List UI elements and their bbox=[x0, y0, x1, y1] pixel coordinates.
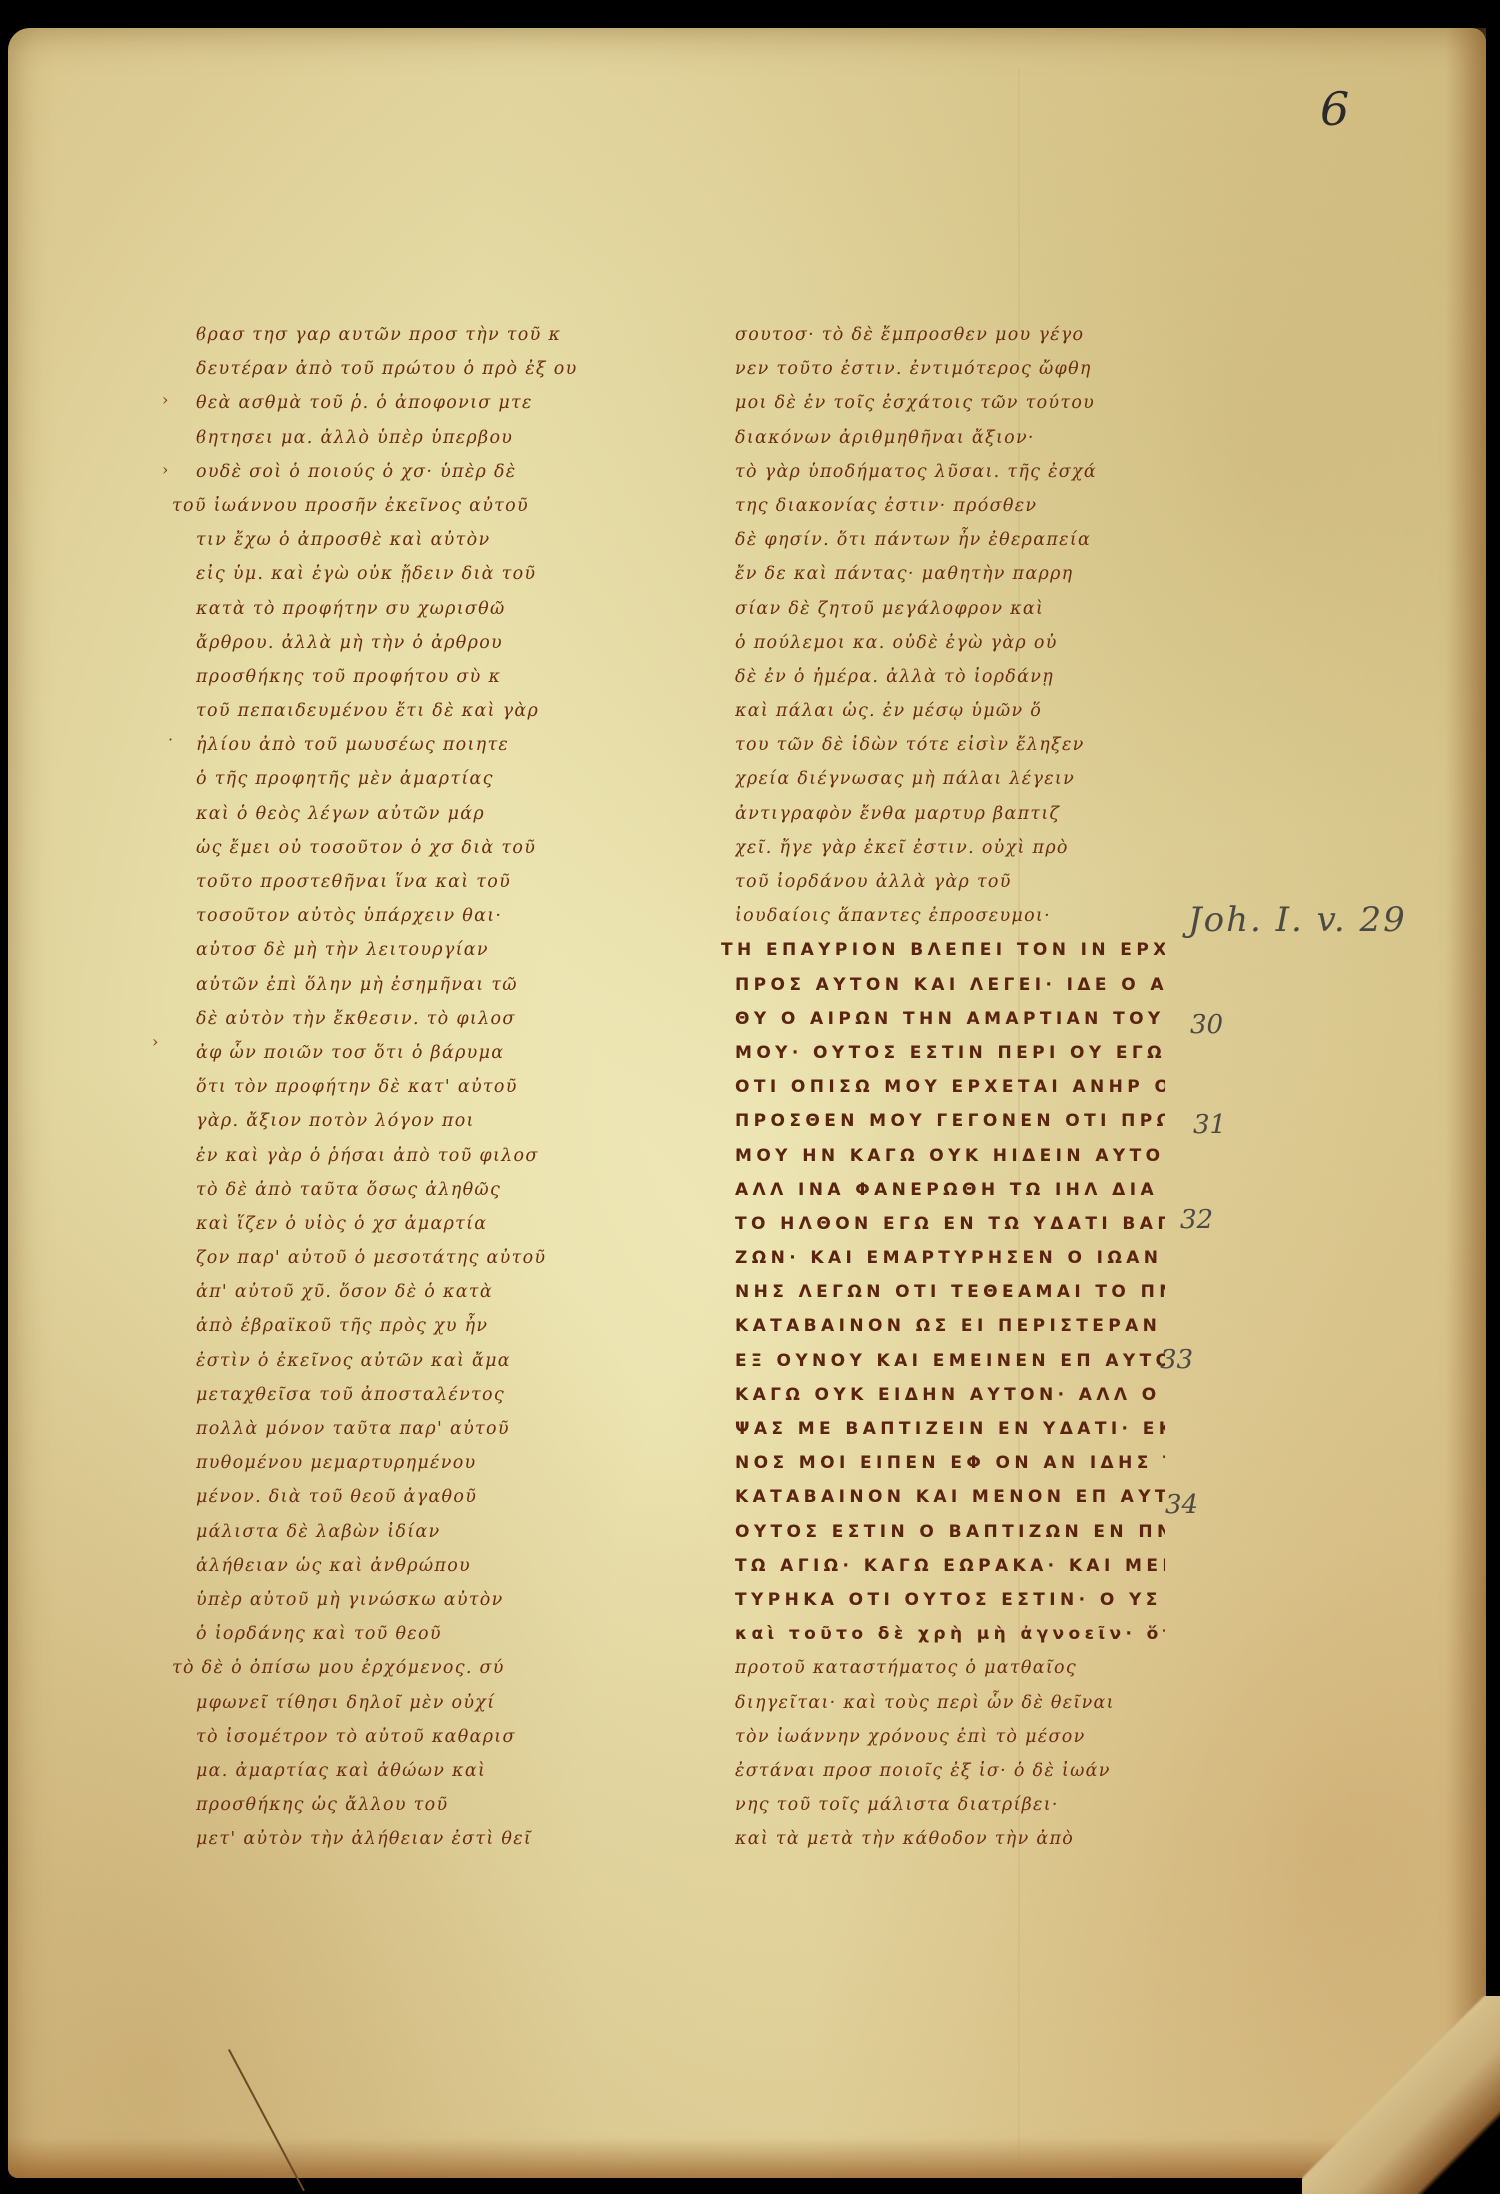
margin-verse-30: 30 bbox=[1190, 1010, 1223, 1040]
text-line: ϐητησει μα. ἀλλὸ ὑπὲρ ὑπερβου bbox=[196, 421, 626, 455]
margin-verse-33: 33 bbox=[1160, 1345, 1193, 1375]
text-line: καὶ τοῦτο δὲ χρὴ μὴ ἀγνοεῖν· ὅτι παρὰ bbox=[735, 1617, 1165, 1651]
text-line: ΟΤΙ ΟΠΙΣΩ ΜΟΥ ΕΡΧΕΤΑΙ ΑΝΗΡ ΟΣ ΕΜ bbox=[735, 1070, 1165, 1104]
text-line: τοῦ πεπαιδευμένου ἔτι δὲ καὶ γὰρ bbox=[196, 694, 626, 728]
text-line: χρεία διέγνωσας μὴ πάλαι λέγειν bbox=[735, 762, 1165, 796]
text-line: δευτέραν ἀπὸ τοῦ πρώτου ὁ πρὸ ἐξ ου bbox=[196, 352, 626, 386]
text-line: μοι δὲ ἐν τοῖς ἐσχάτοις τῶν τούτου bbox=[735, 386, 1165, 420]
text-line: ἰουδαίοις ἅπαντες ἐπροσευμοι· bbox=[735, 899, 1165, 933]
bottom-edge-stain bbox=[8, 2138, 1486, 2178]
text-line: τὸ ἰσομέτρον τὸ αὐτοῦ καθαρισ bbox=[196, 1720, 626, 1754]
text-line: ΟΥΤΟΣ ΕΣΤΙΝ Ο ΒΑΠΤΙΖΩΝ ΕΝ ΠΝΙ bbox=[735, 1515, 1165, 1549]
text-line: ΠΡΟΣΘΕΝ ΜΟΥ ΓΕΓΟΝΕΝ ΟΤΙ ΠΡΩΤΟΣ bbox=[735, 1104, 1165, 1138]
text-line: τοῦ ἰορδάνου ἀλλὰ γὰρ τοῦ bbox=[735, 865, 1165, 899]
margin-tick-mark: › bbox=[162, 460, 168, 479]
margin-tick-mark: · bbox=[168, 730, 173, 749]
text-line: δὲ αὐτὸν τὴν ἔκθεσιν. τὸ φιλοσ bbox=[196, 1002, 626, 1036]
text-line: τοῦ ἰωάννου προσῆν ἐκεῖνος αὐτοῦ bbox=[172, 489, 626, 523]
text-line: ΝΟΣ ΜΟΙ ΕΙΠΕΝ ΕΦ ΟΝ ΑΝ ΙΔΗΣ ΤΟ ΠΝΑ bbox=[735, 1446, 1165, 1480]
text-line: ΨΑΣ ΜΕ ΒΑΠΤΙΖΕΙΝ ΕΝ ΥΔΑΤΙ· ΕΚΕΙ bbox=[735, 1412, 1165, 1446]
text-line: ἀφ ὧν ποιῶν τοσ ὅτι ὁ βάρυμα bbox=[196, 1036, 626, 1070]
text-line: σίαν δὲ ζητοῦ μεγάλοφρον καὶ bbox=[735, 592, 1165, 626]
text-line: μφωνεῖ τίθησι δηλοῖ μὲν οὐχί bbox=[196, 1686, 626, 1720]
right-text-column: σουτοσ· τὸ δὲ ἔμπροσθεν μου γέγονεν τοῦτ… bbox=[735, 318, 1165, 1856]
text-line: ΚΑΤΑΒΑΙΝΟΝ ΩΣ ΕΙ ΠΕΡΙΣΤΕΡΑΝ bbox=[735, 1309, 1165, 1343]
text-line: μα. ἀμαρτίας καὶ ἀθώων καὶ bbox=[196, 1754, 626, 1788]
text-line: ουδὲ σοὶ ὁ ποιούς ὁ χσ· ὑπὲρ δὲ bbox=[196, 455, 626, 489]
text-line: εἰς ὑμ. καὶ ἐγὼ οὐκ ᾔδειν διὰ τοῦ bbox=[196, 557, 626, 591]
text-line: διακόνων ἀριθμηθῆναι ἄξιον· bbox=[735, 421, 1165, 455]
text-line: ΤΥΡΗΚΑ ΟΤΙ ΟΥΤΟΣ ΕΣΤΙΝ· Ο ΥΣ ΤΟΥ ΘΥ: bbox=[735, 1583, 1165, 1617]
text-line: του τῶν δὲ ἰδὼν τότε εἰσὶν ἔληξεν bbox=[735, 728, 1165, 762]
text-line: ἐστάναι προσ ποιοῖς ἐξ ἰσ· ὁ δὲ ἰωάν bbox=[735, 1754, 1165, 1788]
text-line: ΚΑΓΩ ΟΥΚ ΕΙΔΗΝ ΑΥΤΟΝ· ΑΛΛ Ο ΠΕΜ bbox=[735, 1378, 1165, 1412]
text-line: θεὰ ασθμὰ τοῦ ῥ. ὁ ἀποφονισ μτε bbox=[196, 386, 626, 420]
text-line: ΖΩΝ· ΚΑΙ ΕΜΑΡΤΥΡΗΣΕΝ Ο ΙΩΑΝ bbox=[735, 1241, 1165, 1275]
text-line: ὁ ἰορδάνης καὶ τοῦ θεοῦ bbox=[196, 1617, 626, 1651]
text-line: τιν ἔχω ὁ ἀπροσθὲ καὶ αὐτὸν bbox=[196, 523, 626, 557]
margin-verse-31: 31 bbox=[1193, 1110, 1226, 1140]
text-line: προσθήκης ὡς ἄλλου τοῦ bbox=[196, 1788, 626, 1822]
text-line: ΘΥ Ο ΑΙΡΩΝ ΤΗΝ ΑΜΑΡΤΙΑΝ ΤΟΥ ΚΟΣ bbox=[735, 1002, 1165, 1036]
left-commentary-column: ϐρασ τησ γαρ αυτῶν προσ τὴν τοῦ κδευτέρα… bbox=[196, 318, 626, 1856]
text-line: ΤΩ ΑΓΙΩ· ΚΑΓΩ ΕΩΡΑΚΑ· ΚΑΙ ΜΕΜΑΡ bbox=[735, 1549, 1165, 1583]
text-line: μεταχθεῖσα τοῦ ἀποσταλέντος bbox=[196, 1378, 626, 1412]
text-line: ἀπ' αὐτοῦ χῦ. ὅσον δὲ ὁ κατὰ bbox=[196, 1275, 626, 1309]
text-line: ὁ πούλεμοι κα. οὐδὲ ἐγὼ γὰρ οὐ bbox=[735, 626, 1165, 660]
text-line: γὰρ. ἄξιον ποτὸν λόγον ποι bbox=[196, 1104, 626, 1138]
text-line: μετ' αὐτὸν τὴν ἀλήθειαν ἐστὶ θεῖ bbox=[196, 1822, 626, 1856]
text-line: αὐτοσ δὲ μὴ τὴν λειτουργίαν bbox=[196, 933, 626, 967]
folded-corner bbox=[1302, 1996, 1500, 2194]
text-line: μάλιστα δὲ λαβὼν ἰδίαν bbox=[196, 1515, 626, 1549]
text-line: ζον παρ' αὐτοῦ ὁ μεσοτάτης αὐτοῦ bbox=[196, 1241, 626, 1275]
right-edge-stain bbox=[1446, 28, 1486, 2178]
text-line: ὁ τῆς προφητῆς μὲν ἀμαρτίας bbox=[196, 762, 626, 796]
text-line: ΚΑΤΑΒΑΙΝΟΝ ΚΑΙ ΜΕΝΟΝ ΕΠ ΑΥΤΟ bbox=[735, 1480, 1165, 1514]
text-line: της διακονίας ἐστιν· πρόσθεν bbox=[735, 489, 1165, 523]
text-line: τὸ γὰρ ὑποδήματος λῦσαι. τῆς ἐσχά bbox=[735, 455, 1165, 489]
margin-tick-mark: › bbox=[152, 1032, 158, 1051]
text-line: μένον. διὰ τοῦ θεοῦ ἀγαθοῦ bbox=[196, 1480, 626, 1514]
text-line: καὶ ὁ θεὸς λέγων αὐτῶν μάρ bbox=[196, 797, 626, 831]
margin-tick-mark: › bbox=[162, 390, 168, 409]
text-line: νεν τοῦτο ἐστιν. ἐντιμότερος ὤφθη bbox=[735, 352, 1165, 386]
text-line: τὸν ἰωάννην χρόνους ἐπὶ τὸ μέσον bbox=[735, 1720, 1165, 1754]
text-line: ΜΟΥ ΗΝ ΚΑΓΩ ΟΥΚ ΗΙΔΕΙΝ ΑΥΤΟΝ· bbox=[735, 1139, 1165, 1173]
text-line: ϐρασ τησ γαρ αυτῶν προσ τὴν τοῦ κ bbox=[196, 318, 626, 352]
text-line: ἐστὶν ὁ ἐκεῖνος αὐτῶν καὶ ἄμα bbox=[196, 1344, 626, 1378]
text-line: ΤΟ ΗΛΘΟΝ ΕΓΩ ΕΝ ΤΩ ΥΔΑΤΙ ΒΑΠΤΙ bbox=[735, 1207, 1165, 1241]
text-line: χεῖ. ἤγε γὰρ ἐκεῖ ἐστιν. οὐχὶ πρὸ bbox=[735, 831, 1165, 865]
text-line: προσθήκης τοῦ προφήτου σὺ κ bbox=[196, 660, 626, 694]
margin-reference-john-1-29: Joh. I. v. 29 bbox=[1188, 900, 1407, 940]
text-line: ἠλίου ἀπὸ τοῦ μωυσέως ποιητε bbox=[196, 728, 626, 762]
text-line: καὶ πάλαι ὡς. ἐν μέσῳ ὑμῶν ὅ bbox=[735, 694, 1165, 728]
text-line: τοῦτο προστεθῆναι ἵνα καὶ τοῦ bbox=[196, 865, 626, 899]
text-line: ΠΡΟΣ ΑΥΤΟΝ ΚΑΙ ΛΕΓΕΙ· ΙΔΕ Ο ΑΜΝΟΣ ΤΟΥ bbox=[735, 968, 1165, 1002]
text-line: καὶ ἵζεν ὁ υἱὸς ὁ χσ ἀμαρτία bbox=[196, 1207, 626, 1241]
text-line: τὸ δὲ ὁ ὀπίσω μου ἐρχόμενος. σύ bbox=[172, 1651, 626, 1685]
text-line: τὸ δὲ ἀπὸ ταῦτα ὅσως ἀληθῶς bbox=[196, 1173, 626, 1207]
text-line: σουτοσ· τὸ δὲ ἔμπροσθεν μου γέγο bbox=[735, 318, 1165, 352]
text-line: ΕΞ ΟΥΝΟΥ ΚΑΙ ΕΜΕΙΝΕΝ ΕΠ ΑΥΤΟΝ bbox=[735, 1344, 1165, 1378]
text-line: τοσοῦτον αὐτὸς ὑπάρχειν θαι· bbox=[196, 899, 626, 933]
text-line: ὡς ἔμει οὐ τοσοῦτον ὁ χσ διὰ τοῦ bbox=[196, 831, 626, 865]
text-line: πυθομένου μεμαρτυρημένου bbox=[196, 1446, 626, 1480]
text-line: ἀπὸ ἐβραϊκοῦ τῆς πρὸς χυ ἦν bbox=[196, 1309, 626, 1343]
text-line: κατὰ τὸ προφήτην συ χωρισθῶ bbox=[196, 592, 626, 626]
text-line: ἄρθρου. ἀλλὰ μὴ τὴν ὁ ἀρθρου bbox=[196, 626, 626, 660]
text-line: ΜΟΥ· ΟΥΤΟΣ ΕΣΤΙΝ ΠΕΡΙ ΟΥ ΕΓΩ ΕΙΠΟ bbox=[735, 1036, 1165, 1070]
text-line: δὲ φησίν. ὅτι πάντων ἦν ἐθεραπεία bbox=[735, 523, 1165, 557]
margin-verse-32: 32 bbox=[1180, 1205, 1213, 1235]
text-line: ἀλήθειαν ὡς καὶ ἀνθρώπου bbox=[196, 1549, 626, 1583]
text-line: ἐν καὶ γὰρ ὁ ῥήσαι ἀπὸ τοῦ φιλοσ bbox=[196, 1139, 626, 1173]
text-line: ΝΗΣ ΛΕΓΩΝ ΟΤΙ ΤΕΘΕΑΜΑΙ ΤΟ ΠΝΑ bbox=[735, 1275, 1165, 1309]
folio-number: 6 bbox=[1320, 82, 1349, 136]
text-line: πολλὰ μόνον ταῦτα παρ' αὐτοῦ bbox=[196, 1412, 626, 1446]
text-line: διηγεῖται· καὶ τοὺς περὶ ὧν δὲ θεῖναι bbox=[735, 1686, 1165, 1720]
text-line: ΑΛΛ ΙΝΑ ΦΑΝΕΡΩΘΗ ΤΩ ΙΗΛ ΔΙΑ ΤΟΥ bbox=[735, 1173, 1165, 1207]
text-line: ἀντιγραφὸν ἔνθα μαρτυρ βαπτιζ bbox=[735, 797, 1165, 831]
text-line: ὑπὲρ αὐτοῦ μὴ γινώσκω αὐτὸν bbox=[196, 1583, 626, 1617]
text-line: προτοῦ καταστήματος ὁ ματθαῖος bbox=[735, 1651, 1165, 1685]
text-line: καὶ τὰ μετὰ τὴν κάθοδον τὴν ἀπὸ bbox=[735, 1822, 1165, 1856]
text-line: νης τοῦ τοῖς μάλιστα διατρίβει· bbox=[735, 1788, 1165, 1822]
text-line: ἔν δε καὶ πάντας· μαθητὴν παρρη bbox=[735, 557, 1165, 591]
text-line: ΤΗ ΕΠΑΥΡΙΟΝ ΒΛΕΠΕΙ ΤΟΝ ΙΝ ΕΡΧΟΜΕΝΟ bbox=[721, 933, 1165, 967]
margin-verse-34: 34 bbox=[1165, 1490, 1198, 1520]
text-line: δὲ ἐν ὁ ἡμέρα. ἀλλὰ τὸ ἰορδάνῃ bbox=[735, 660, 1165, 694]
text-line: ὅτι τὸν προφήτην δὲ κατ' αὐτοῦ bbox=[196, 1070, 626, 1104]
text-line: αὐτῶν ἐπὶ ὅλην μὴ ἐσημῆναι τῶ bbox=[196, 968, 626, 1002]
